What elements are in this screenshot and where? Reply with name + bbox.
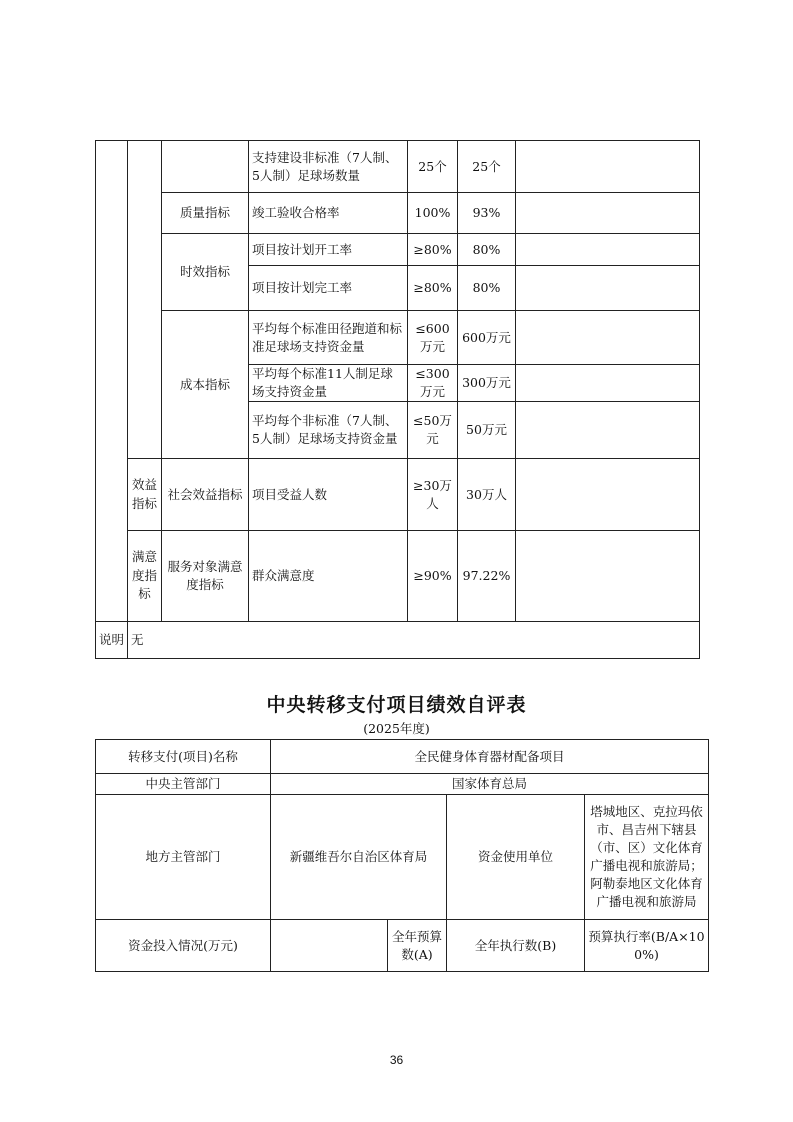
fund-input-label: 资金投入情况(万元)	[96, 920, 271, 972]
table-row: 效益指标 社会效益指标 项目受益人数 ≥30万人 30万人	[96, 459, 700, 531]
fund-unit-label: 资金使用单位	[447, 795, 585, 920]
table-row: 成本指标 平均每个标准田径跑道和标准足球场支持资金量 ≤600万元 600万元	[96, 311, 700, 365]
local-dept-label: 地方主管部门	[96, 795, 271, 920]
actual-cell: 300万元	[458, 365, 516, 402]
remark-cell	[516, 266, 700, 311]
category-cell: 满意度指标	[128, 531, 162, 622]
item-cell: 平均每个标准田径跑道和标准足球场支持资金量	[249, 311, 408, 365]
remark-cell	[516, 311, 700, 365]
central-dept-label: 中央主管部门	[96, 774, 271, 795]
item-cell: 群众满意度	[249, 531, 408, 622]
local-dept-value: 新疆维吾尔自治区体育局	[271, 795, 447, 920]
project-name-value: 全民健身体育器材配备项目	[271, 740, 709, 774]
target-cell: ≥80%	[408, 266, 458, 311]
item-cell: 平均每个非标准（7人制、5人制）足球场支持资金量	[249, 402, 408, 459]
item-cell: 项目按计划开工率	[249, 234, 408, 266]
table-row: 满意度指标 服务对象满意度指标 群众满意度 ≥90% 97.22%	[96, 531, 700, 622]
category-cell	[128, 141, 162, 459]
table-row: 质量指标 竣工验收合格率 100% 93%	[96, 193, 700, 234]
level1-cell	[96, 141, 128, 622]
annual-exec-label: 全年执行数(B)	[447, 920, 585, 972]
category-cell: 效益指标	[128, 459, 162, 531]
page-number: 36	[0, 1053, 793, 1067]
note-label: 说明	[96, 622, 128, 659]
indicator-cell: 服务对象满意度指标	[162, 531, 249, 622]
actual-cell: 25个	[458, 141, 516, 193]
actual-cell: 30万人	[458, 459, 516, 531]
table-row: 支持建设非标准（7人制、5人制）足球场数量 25个 25个	[96, 141, 700, 193]
remark-cell	[516, 234, 700, 266]
target-cell: ≤600万元	[408, 311, 458, 365]
actual-cell: 93%	[458, 193, 516, 234]
performance-indicator-table: 支持建设非标准（7人制、5人制）足球场数量 25个 25个 质量指标 竣工验收合…	[95, 140, 700, 659]
table-row: 时效指标 项目按计划开工率 ≥80% 80%	[96, 234, 700, 266]
target-cell: ≥80%	[408, 234, 458, 266]
actual-cell: 97.22%	[458, 531, 516, 622]
target-cell: ≤50万元	[408, 402, 458, 459]
fund-unit-value: 塔城地区、克拉玛依市、昌吉州下辖县（市、区）文化体育广播电视和旅游局；阿勒泰地区…	[585, 795, 709, 920]
remark-cell	[516, 193, 700, 234]
table-row: 资金投入情况(万元) 全年预算数(A) 全年执行数(B) 预算执行率(B/A×1…	[96, 920, 709, 972]
table-row: 转移支付(项目)名称 全民健身体育器材配备项目	[96, 740, 709, 774]
remark-cell	[516, 141, 700, 193]
note-value: 无	[128, 622, 700, 659]
indicator-cell: 社会效益指标	[162, 459, 249, 531]
remark-cell	[516, 531, 700, 622]
project-info-table: 转移支付(项目)名称 全民健身体育器材配备项目 中央主管部门 国家体育总局 地方…	[95, 739, 709, 972]
actual-cell: 80%	[458, 266, 516, 311]
item-cell: 竣工验收合格率	[249, 193, 408, 234]
document-title: 中央转移支付项目绩效自评表	[0, 690, 793, 717]
empty-cell	[271, 920, 388, 972]
remark-cell	[516, 402, 700, 459]
document-year: (2025年度)	[0, 719, 793, 737]
actual-cell: 80%	[458, 234, 516, 266]
target-cell: 25个	[408, 141, 458, 193]
item-cell: 项目按计划完工率	[249, 266, 408, 311]
indicator-cell: 质量指标	[162, 193, 249, 234]
remark-cell	[516, 459, 700, 531]
annual-budget-label: 全年预算数(A)	[388, 920, 447, 972]
item-cell: 项目受益人数	[249, 459, 408, 531]
central-dept-value: 国家体育总局	[271, 774, 709, 795]
indicator-cell	[162, 141, 249, 193]
actual-cell: 50万元	[458, 402, 516, 459]
target-cell: ≥90%	[408, 531, 458, 622]
indicator-cell: 成本指标	[162, 311, 249, 459]
project-name-label: 转移支付(项目)名称	[96, 740, 271, 774]
table-row: 中央主管部门 国家体育总局	[96, 774, 709, 795]
target-cell: ≤300万元	[408, 365, 458, 402]
target-cell: ≥30万人	[408, 459, 458, 531]
actual-cell: 600万元	[458, 311, 516, 365]
indicator-cell: 时效指标	[162, 234, 249, 311]
item-cell: 平均每个标准11人制足球场支持资金量	[249, 365, 408, 402]
note-row: 说明 无	[96, 622, 700, 659]
target-cell: 100%	[408, 193, 458, 234]
exec-rate-label: 预算执行率(B/A×100%)	[585, 920, 709, 972]
table-row: 地方主管部门 新疆维吾尔自治区体育局 资金使用单位 塔城地区、克拉玛依市、昌吉州…	[96, 795, 709, 920]
remark-cell	[516, 365, 700, 402]
item-cell: 支持建设非标准（7人制、5人制）足球场数量	[249, 141, 408, 193]
